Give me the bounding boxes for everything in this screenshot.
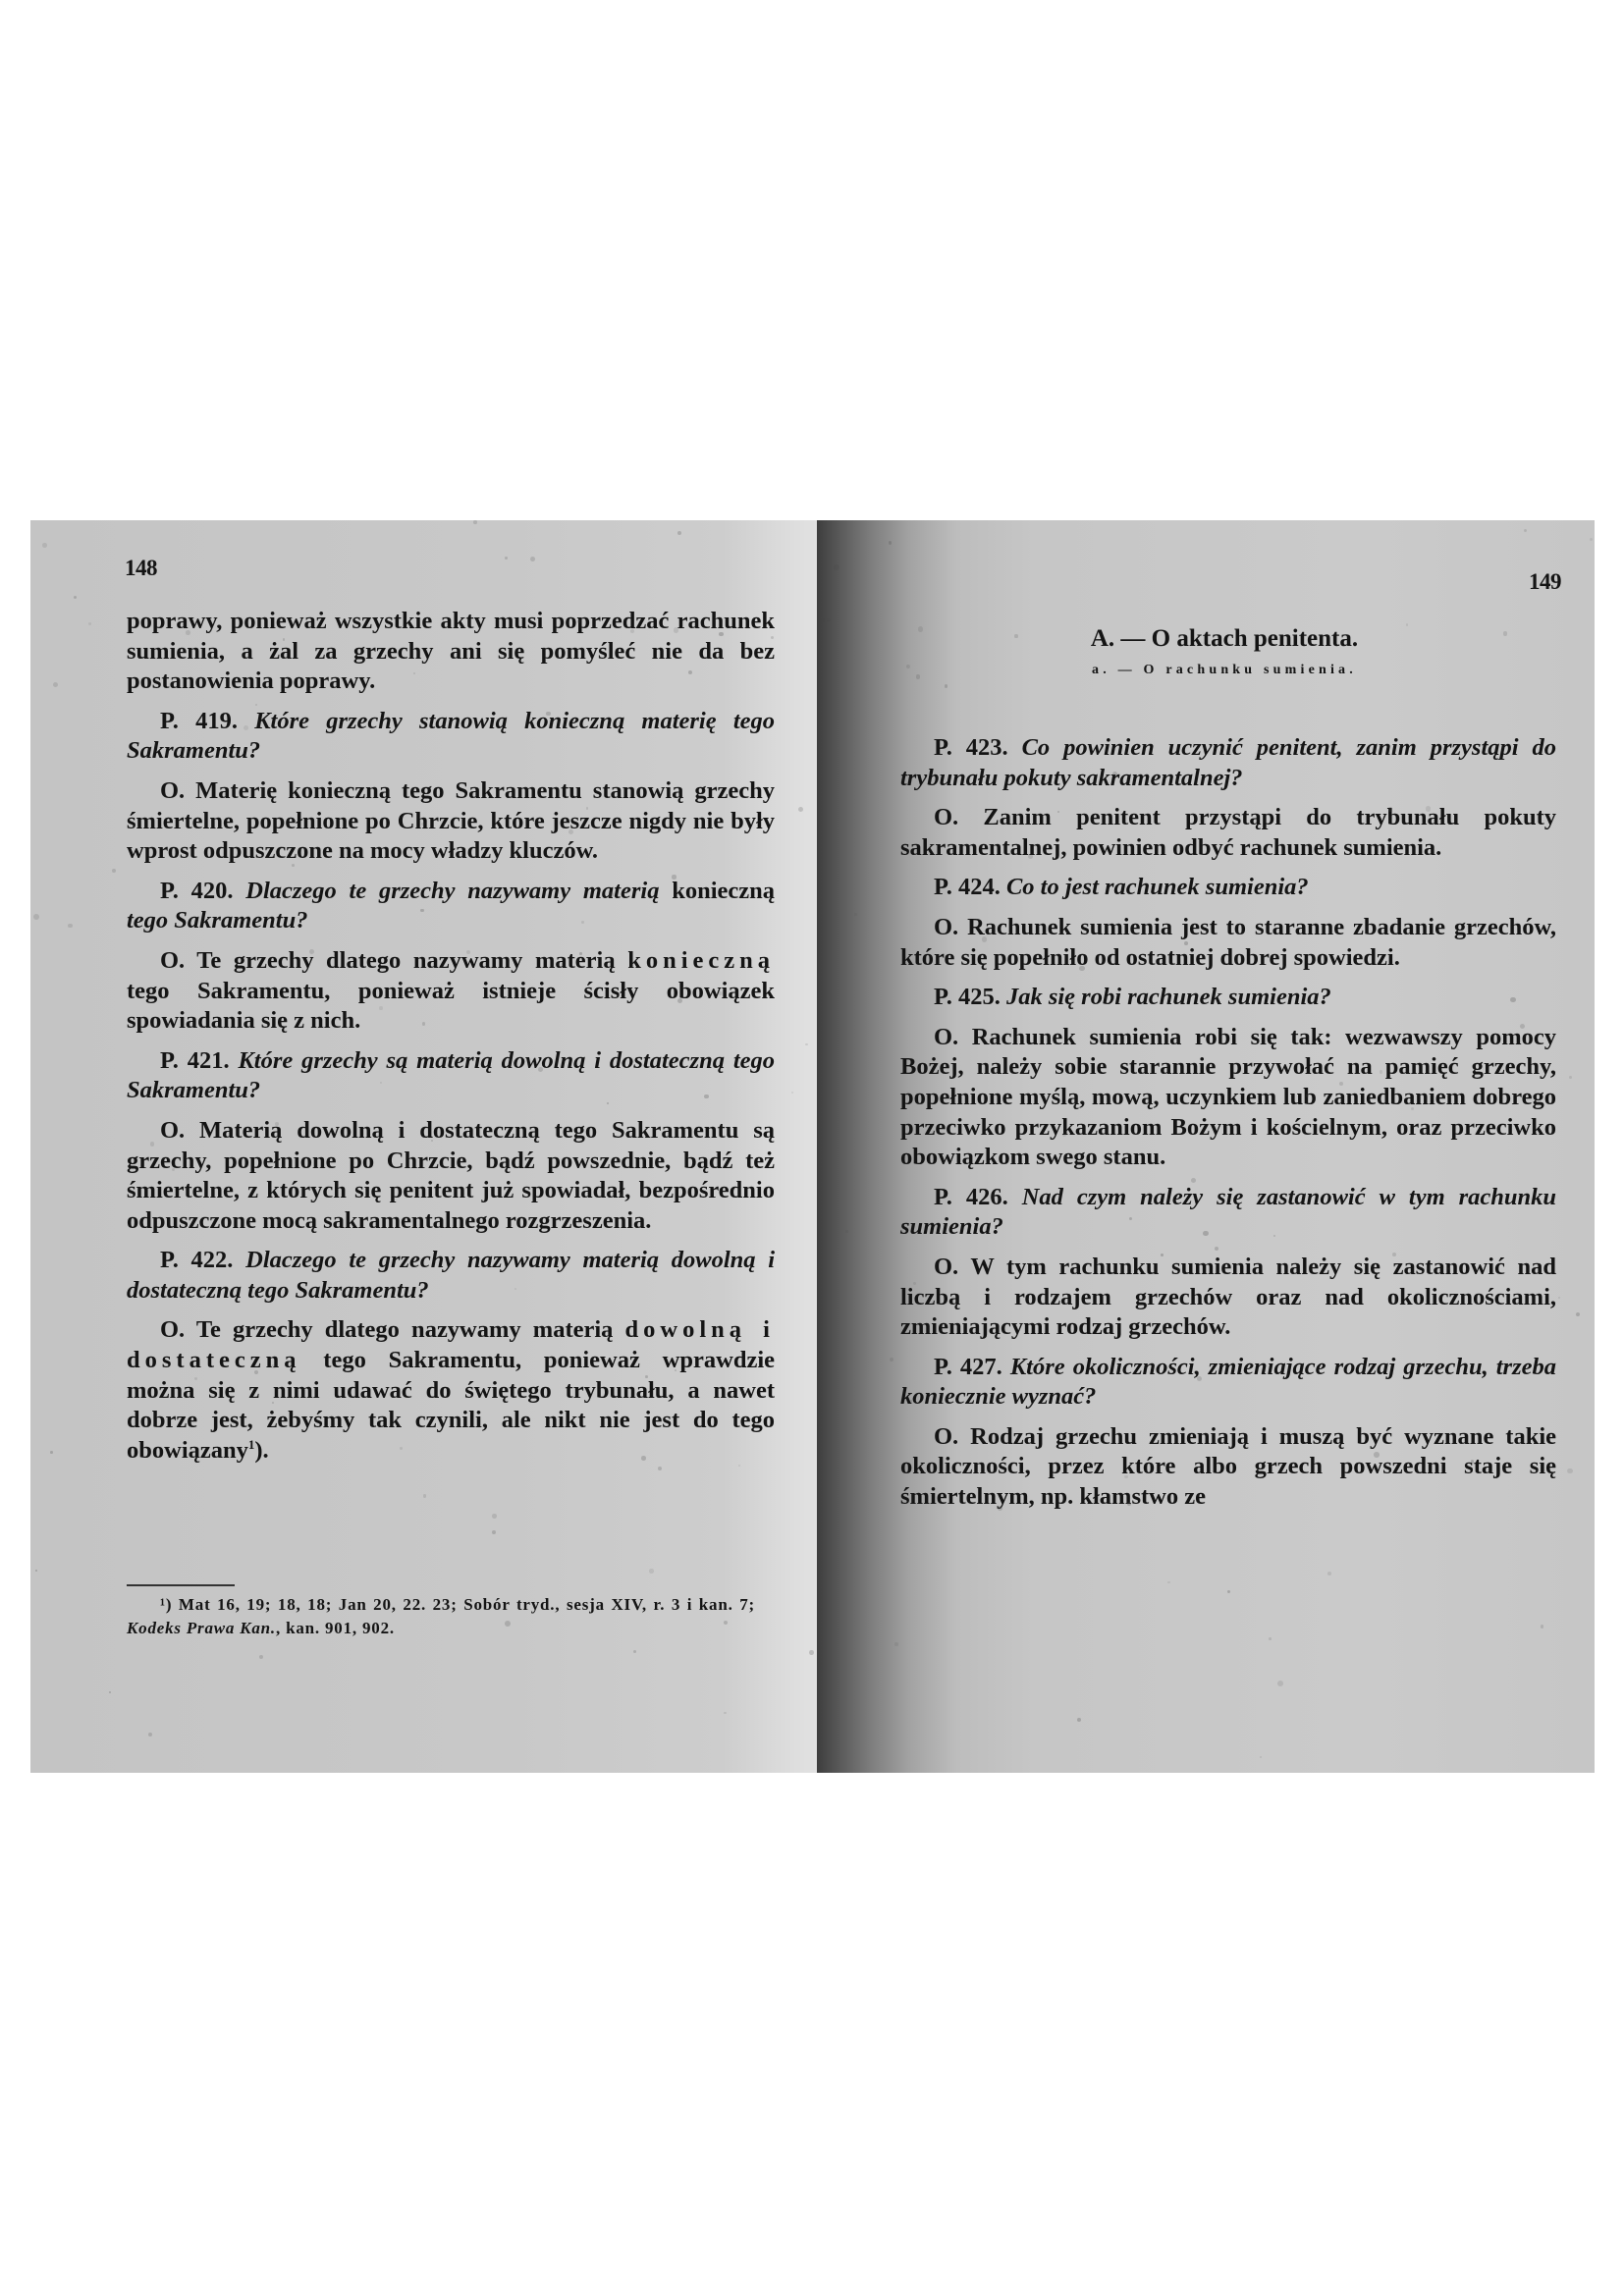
- question-text: Jak się robi rachunek sumienia?: [1006, 984, 1331, 1010]
- question-423: P. 423. Co powinien uczynić penitent, za…: [900, 733, 1556, 793]
- question-number: P. 427.: [934, 1354, 1002, 1380]
- answer-text: O. Te grzechy dlatego nazywamy materią: [160, 1316, 625, 1343]
- question-number: P. 425.: [934, 984, 1001, 1010]
- question-421: P. 421. Które grzechy są materią dowolną…: [127, 1046, 775, 1106]
- answer-emphasis: konieczną: [627, 947, 775, 974]
- footnote-text-tail: , kan. 901, 902.: [276, 1619, 395, 1637]
- question-422: P. 422. Dlaczego te grzechy nazywamy mat…: [127, 1246, 775, 1306]
- question-424: P. 424. Co to jest rachunek sumienia?: [900, 873, 1556, 903]
- question-number: P. 421.: [160, 1047, 230, 1074]
- answer-421: O. Materią dowolną i dostateczną tego Sa…: [127, 1116, 775, 1236]
- question-number: P. 424.: [934, 874, 1001, 900]
- left-page: 148 poprawy, ponieważ wszystkie akty mus…: [30, 520, 817, 1773]
- subsection-heading: a. — O rachunku sumienia.: [900, 663, 1509, 678]
- question-text: Dlaczego te grzechy nazywamy materią: [245, 878, 659, 904]
- question-426: P. 426. Nad czym należy się zastanowić w…: [900, 1183, 1556, 1243]
- question-number: P. 423.: [934, 734, 1008, 761]
- page-number-left: 148: [125, 556, 157, 581]
- footnote-marker: ¹): [160, 1595, 172, 1614]
- question-text-upright: konieczną: [672, 878, 775, 904]
- footnote-divider: [127, 1584, 235, 1586]
- section-heading: A. — O aktach penitenta.: [900, 625, 1509, 653]
- answer-425: O. Rachunek sumienia robi się tak: wezwa…: [900, 1023, 1556, 1173]
- page-number-right: 149: [1529, 569, 1561, 595]
- question-419: P. 419. Które grzechy stanowią konieczną…: [127, 707, 775, 767]
- footnote-text: Mat 16, 19; 18, 18; Jan 20, 22. 23; Sobó…: [172, 1595, 755, 1614]
- continuation-paragraph: poprawy, ponieważ wszystkie akty musi po…: [127, 607, 775, 697]
- question-number: P. 426.: [934, 1184, 1008, 1210]
- answer-420: O. Te grzechy dlatego nazywamy materią k…: [127, 946, 775, 1037]
- footnote-body: ¹) Mat 16, 19; 18, 18; Jan 20, 22. 23; S…: [127, 1593, 755, 1640]
- answer-427: O. Rodzaj grzechu zmieniają i muszą być …: [900, 1422, 1556, 1513]
- footnote-italic-text: Kodeks Prawa Kan.: [127, 1619, 276, 1637]
- right-page: 149 A. — O aktach penitenta. a. — O rach…: [817, 520, 1595, 1773]
- answer-end: ).: [254, 1437, 268, 1464]
- right-page-body: P. 423. Co powinien uczynić penitent, za…: [900, 733, 1556, 1513]
- answer-422: O. Te grzechy dlatego nazywamy materią d…: [127, 1315, 775, 1466]
- question-420: P. 420. Dlaczego te grzechy nazywamy mat…: [127, 877, 775, 936]
- scanned-book-spread: 148 poprawy, ponieważ wszystkie akty mus…: [30, 520, 1595, 1773]
- footnote: ¹) Mat 16, 19; 18, 18; Jan 20, 22. 23; S…: [127, 1593, 755, 1640]
- answer-423: O. Zanim penitent przystąpi do trybunału…: [900, 803, 1556, 863]
- question-425: P. 425. Jak się robi rachunek sumienia?: [900, 983, 1556, 1013]
- answer-text: O. Te grzechy dlatego nazywamy materią: [160, 947, 627, 974]
- answer-text-tail: tego Sakramentu, ponieważ istnieje ścisł…: [127, 978, 775, 1035]
- question-text: Co to jest rachunek sumienia?: [1006, 874, 1309, 900]
- question-number: P. 422.: [160, 1247, 233, 1273]
- question-number: P. 419.: [160, 708, 238, 734]
- question-427: P. 427. Które okoliczności, zmieniające …: [900, 1353, 1556, 1413]
- left-page-body: poprawy, ponieważ wszystkie akty musi po…: [127, 607, 775, 1466]
- answer-424: O. Rachunek sumienia jest to staranne zb…: [900, 913, 1556, 973]
- answer-419: O. Materię konieczną tego Sakramentu sta…: [127, 776, 775, 867]
- question-number: P. 420.: [160, 878, 233, 904]
- question-text-tail: tego Sakramentu?: [127, 907, 307, 934]
- answer-426: O. W tym rachunku sumienia należy się za…: [900, 1253, 1556, 1343]
